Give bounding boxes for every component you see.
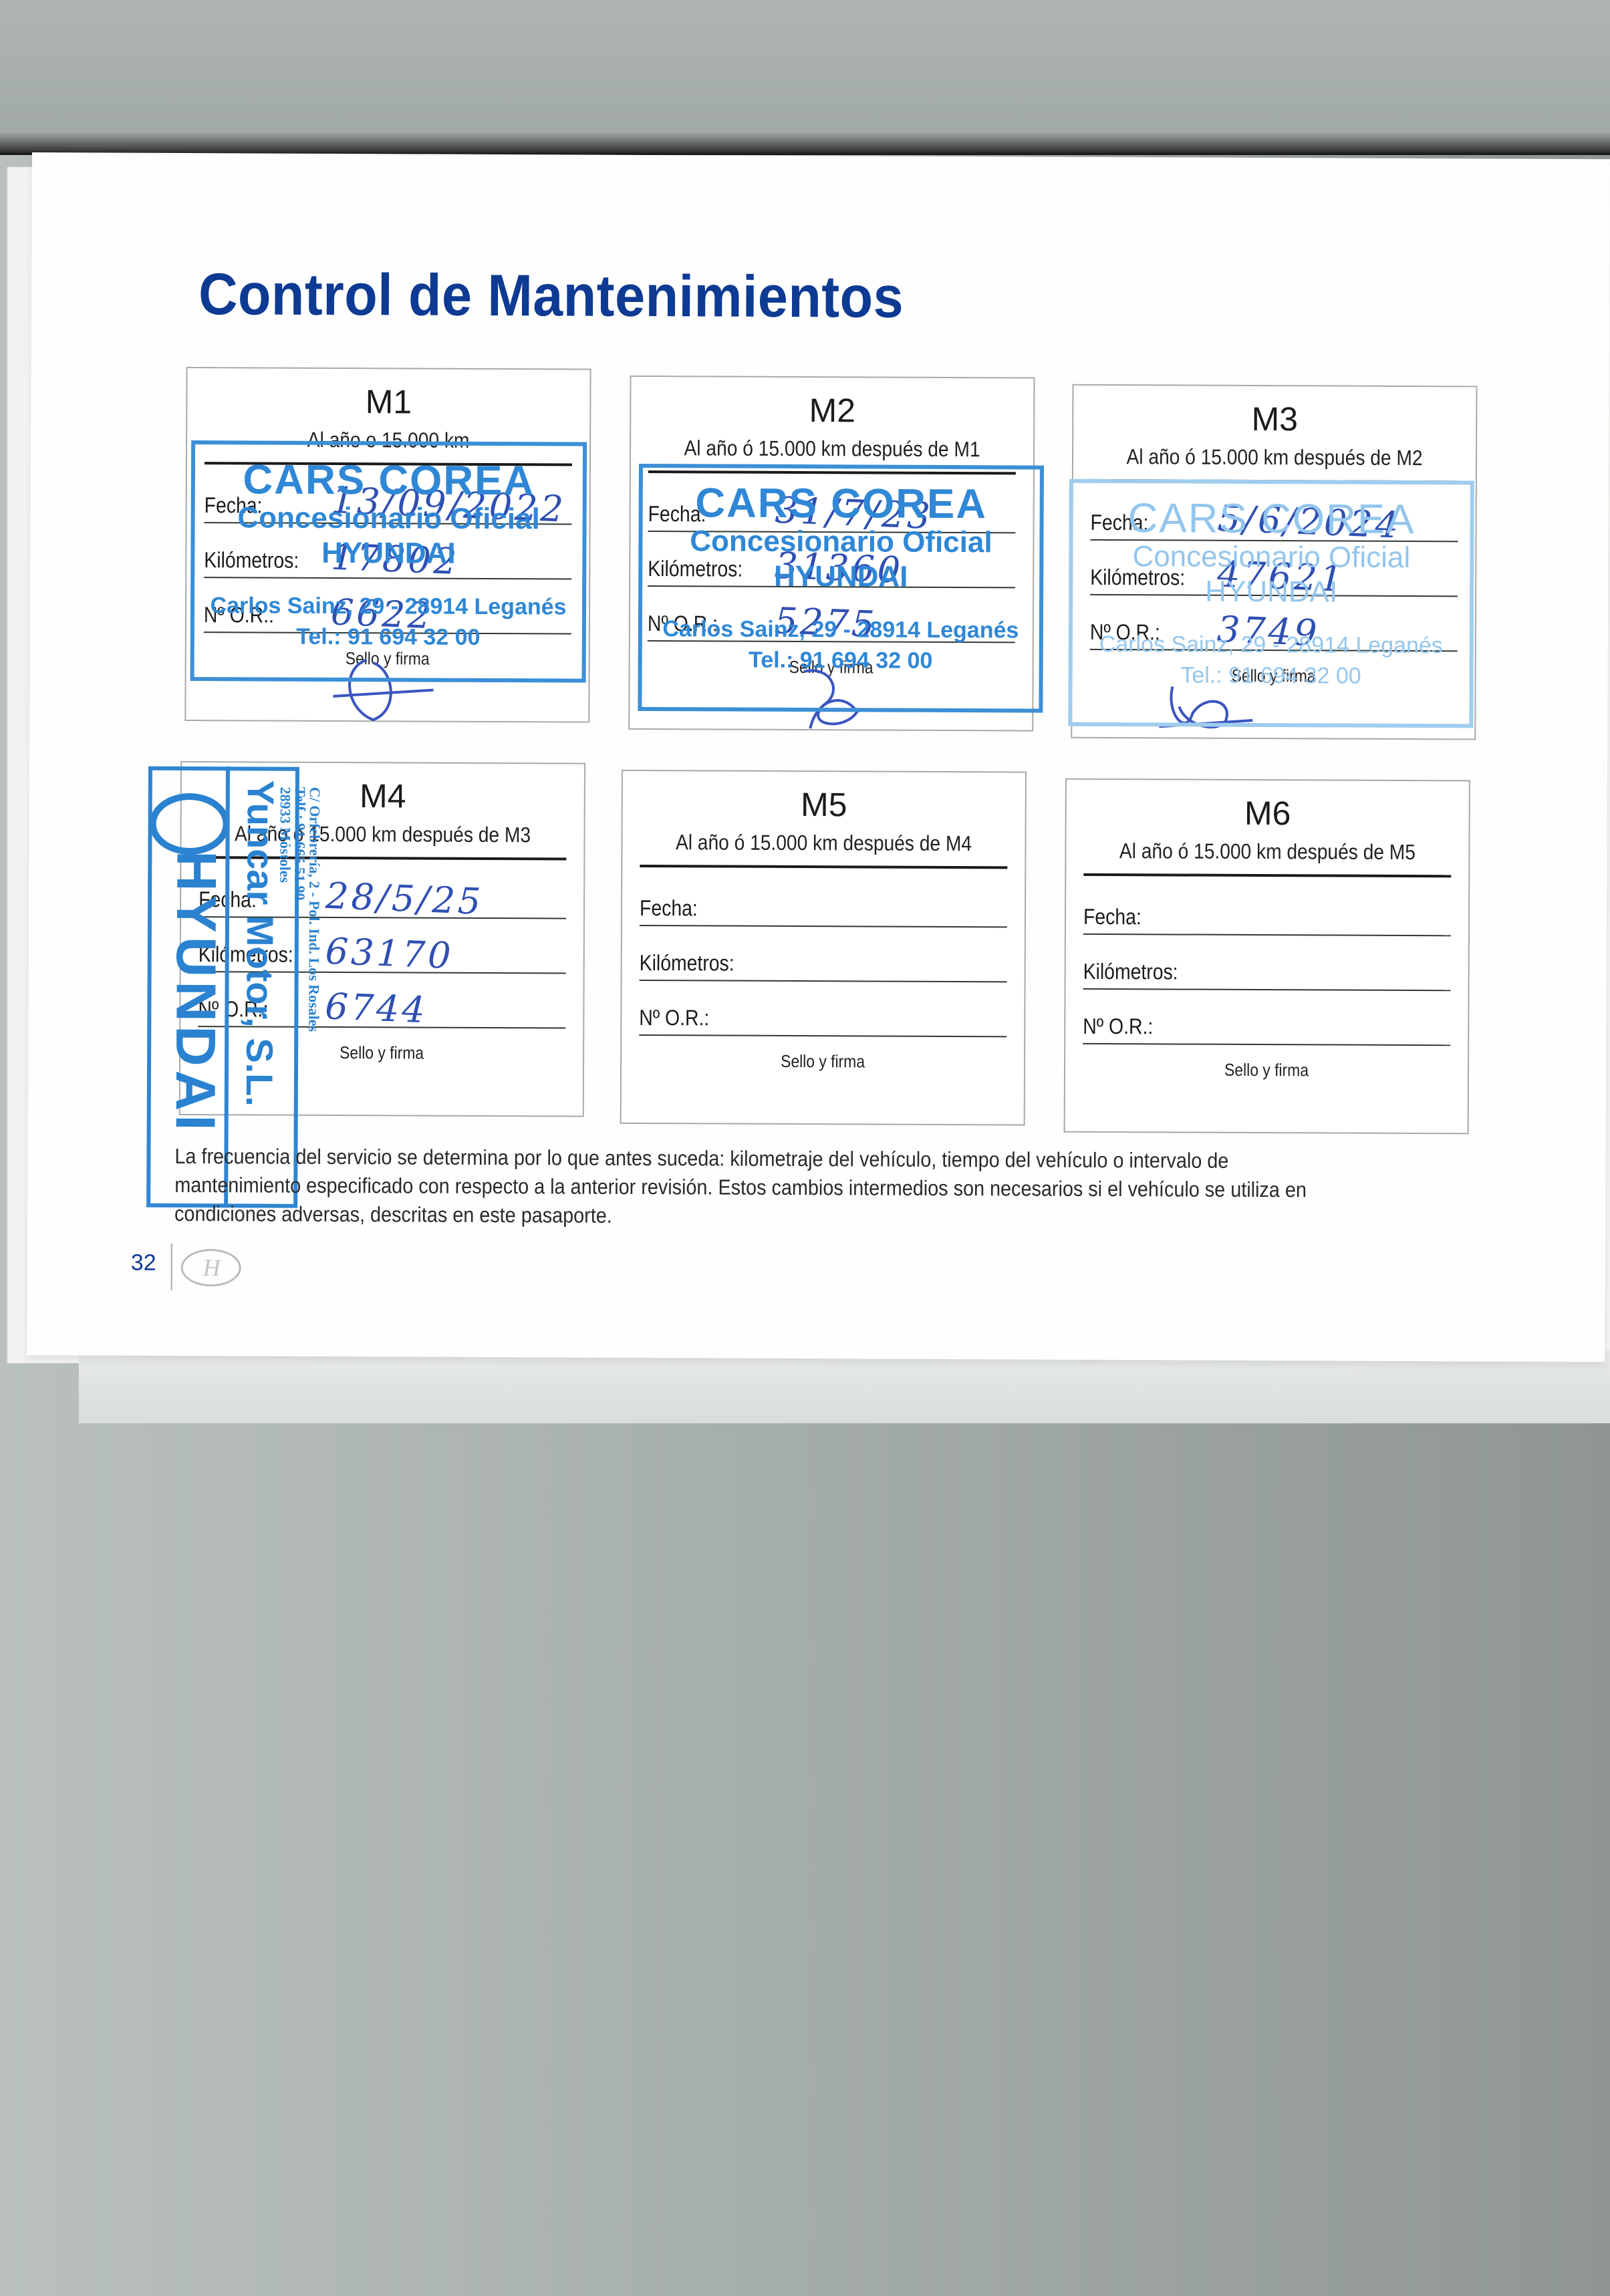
- page-number: 32: [131, 1250, 156, 1276]
- or-label: Nº O.R.:: [639, 1005, 709, 1030]
- sign-label: Sello y firma: [654, 656, 1009, 678]
- card-id: M5: [623, 784, 1025, 825]
- maintenance-card-m6: M6 Al año ó 15.000 km después de M5 Fech…: [1064, 778, 1470, 1135]
- card-id: M6: [1067, 793, 1469, 834]
- maintenance-card-m2: M2 Al año ó 15.000 km después de M1 Fech…: [628, 376, 1035, 732]
- km-label: Kilómetros:: [648, 556, 743, 582]
- maintenance-card-m1: M1 Al año o 15.000 km Fecha: 13/09/2022 …: [184, 367, 591, 723]
- or-label: Nº O.R.:: [204, 602, 274, 627]
- or-field[interactable]: Nº O.R.: 6622: [204, 590, 571, 634]
- km-field[interactable]: Kilómetros: 47621: [1090, 553, 1458, 597]
- km-value: 31360: [774, 545, 904, 591]
- or-value: 6622: [330, 591, 434, 637]
- card-subtitle: Al año ó 15.000 km después de M4: [647, 830, 1001, 856]
- or-field[interactable]: Nº O.R.: 5275: [648, 599, 1015, 643]
- date-value: 28/5/25: [325, 875, 484, 923]
- sign-label: Sello y firma: [205, 1042, 559, 1064]
- card-divider: [205, 462, 572, 466]
- or-value: 3749: [1216, 608, 1321, 654]
- km-value: 17802: [330, 536, 460, 583]
- hyundai-logo-icon: [181, 1249, 241, 1286]
- km-label: Kilómetros:: [1083, 959, 1178, 985]
- date-label: Fecha:: [1091, 510, 1149, 535]
- km-value: 63170: [325, 930, 454, 977]
- maintenance-card-m4: M4 Al año ó 15.000 km después de M3 Fech…: [179, 761, 585, 1117]
- card-subtitle: Al año ó 15.000 km después de M2: [1097, 444, 1452, 470]
- page-title: Control de Mantenimientos: [198, 260, 904, 331]
- card-divider: [198, 856, 566, 860]
- km-label: Kilómetros:: [198, 942, 293, 968]
- maintenance-card-m5: M5 Al año ó 15.000 km después de M4 Fech…: [620, 770, 1027, 1126]
- date-label: Fecha:: [648, 501, 706, 527]
- or-field[interactable]: Nº O.R.: 6744: [198, 984, 565, 1028]
- sign-label: Sello y firma: [1097, 665, 1451, 687]
- date-field[interactable]: Fecha: 31/7/23: [648, 489, 1016, 533]
- sign-label: Sello y firma: [211, 648, 565, 670]
- km-field[interactable]: Kilómetros:: [1083, 947, 1451, 991]
- date-label: Fecha:: [205, 492, 263, 518]
- card-divider: [640, 865, 1007, 869]
- card-divider: [648, 470, 1016, 474]
- card-id: M4: [182, 776, 584, 817]
- date-label: Fecha:: [1083, 904, 1142, 929]
- km-label: Kilómetros:: [640, 950, 734, 976]
- or-field[interactable]: Nº O.R.:: [639, 993, 1007, 1037]
- date-label: Fecha:: [198, 887, 257, 912]
- km-label: Kilómetros:: [204, 547, 299, 573]
- card-subtitle: Al año ó 15.000 km después de M5: [1090, 839, 1444, 865]
- or-value: 5275: [774, 599, 878, 645]
- card-id: M3: [1073, 399, 1476, 440]
- sign-label: Sello y firma: [646, 1050, 1000, 1072]
- km-field[interactable]: Kilómetros: 31360: [648, 544, 1015, 588]
- card-subtitle: Al año ó 15.000 km después de M3: [206, 821, 560, 847]
- date-field[interactable]: Fecha:: [1083, 892, 1451, 936]
- or-value: 6744: [324, 985, 428, 1031]
- footer-divider: [171, 1244, 172, 1290]
- date-value: 13/09/2022: [331, 479, 567, 531]
- booklet-page: Control de Mantenimientos M1 Al año o 15…: [27, 152, 1610, 1362]
- km-field[interactable]: Kilómetros:: [640, 938, 1007, 982]
- card-id: M1: [187, 382, 589, 422]
- date-field[interactable]: Fecha:: [640, 883, 1007, 927]
- date-field[interactable]: Fecha: 5/6/2024: [1090, 498, 1458, 542]
- card-subtitle: Al año o 15.000 km: [211, 427, 565, 453]
- km-field[interactable]: Kilómetros: 63170: [198, 929, 566, 974]
- or-field[interactable]: Nº O.R.:: [1083, 1002, 1450, 1046]
- card-divider: [1083, 873, 1451, 877]
- or-label: Nº O.R.:: [648, 611, 718, 636]
- km-label: Kilómetros:: [1090, 565, 1185, 591]
- km-value: 47621: [1216, 553, 1346, 599]
- card-subtitle: Al año ó 15.000 km después de M1: [655, 436, 1009, 462]
- date-field[interactable]: Fecha: 28/5/25: [198, 875, 566, 919]
- sign-label: Sello y firma: [1089, 1059, 1444, 1081]
- or-label: Nº O.R.:: [1083, 1014, 1153, 1039]
- date-field[interactable]: Fecha: 13/09/2022: [205, 480, 572, 525]
- service-frequency-note: La frecuencia del servicio se determina …: [174, 1142, 1318, 1233]
- or-field[interactable]: Nº O.R.: 3749: [1090, 607, 1458, 652]
- km-field[interactable]: Kilómetros: 17802: [204, 535, 571, 579]
- date-value: 31/7/23: [775, 489, 934, 537]
- or-label: Nº O.R.:: [1090, 619, 1160, 645]
- card-id: M2: [631, 390, 1033, 431]
- maintenance-card-m3: M3 Al año ó 15.000 km después de M2 Fech…: [1071, 384, 1477, 740]
- scanner-background-top: [0, 0, 1610, 155]
- or-label: Nº O.R.:: [198, 996, 268, 1022]
- date-label: Fecha:: [640, 895, 698, 921]
- date-value: 5/6/2024: [1216, 497, 1401, 547]
- card-divider: [1091, 479, 1458, 483]
